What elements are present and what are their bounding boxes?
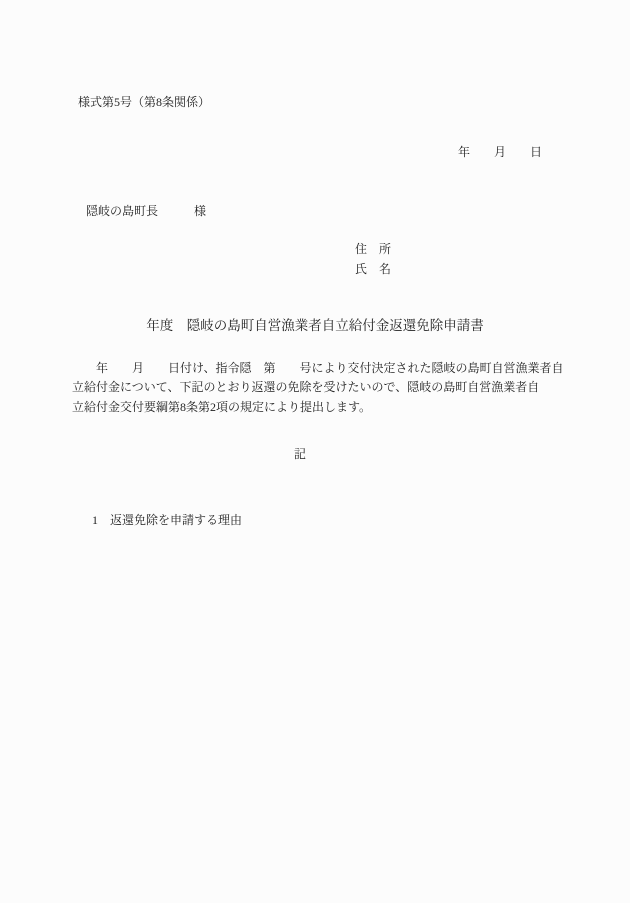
form-number: 様式第5号（第8条関係） <box>78 95 210 110</box>
name-label: 氏 名 <box>355 262 391 277</box>
list-item-1: 1返還免除を申請する理由 <box>80 496 242 543</box>
addressee-line: 隠岐の島町長 様 <box>86 204 206 219</box>
body-paragraph: 年 月 日付け、指令隠 第 号により交付決定された隠岐の島町自営漁業者自 立給付… <box>72 359 564 417</box>
date-line: 年 月 日 <box>458 145 542 160</box>
document-page: 様式第5号（第8条関係） 年 月 日 隠岐の島町長 様 住 所 氏 名 年度 隠… <box>0 0 630 903</box>
body-line-3: 立給付金交付要綱第8条第2項の規定により提出します。 <box>72 398 564 417</box>
item-label: 返還免除を申請する理由 <box>110 513 242 527</box>
document-title: 年度 隠岐の島町自営漁業者自立給付金返還免除申請書 <box>0 314 630 334</box>
item-number: 1 <box>92 513 98 527</box>
body-line-2: 立給付金について、下記のとおり返還の免除を受けたいので、隠岐の島町自営漁業者自 <box>72 378 564 397</box>
body-line-1: 年 月 日付け、指令隠 第 号により交付決定された隠岐の島町自営漁業者自 <box>72 359 564 378</box>
address-label: 住 所 <box>355 242 391 257</box>
record-marker: 記 <box>0 445 600 462</box>
